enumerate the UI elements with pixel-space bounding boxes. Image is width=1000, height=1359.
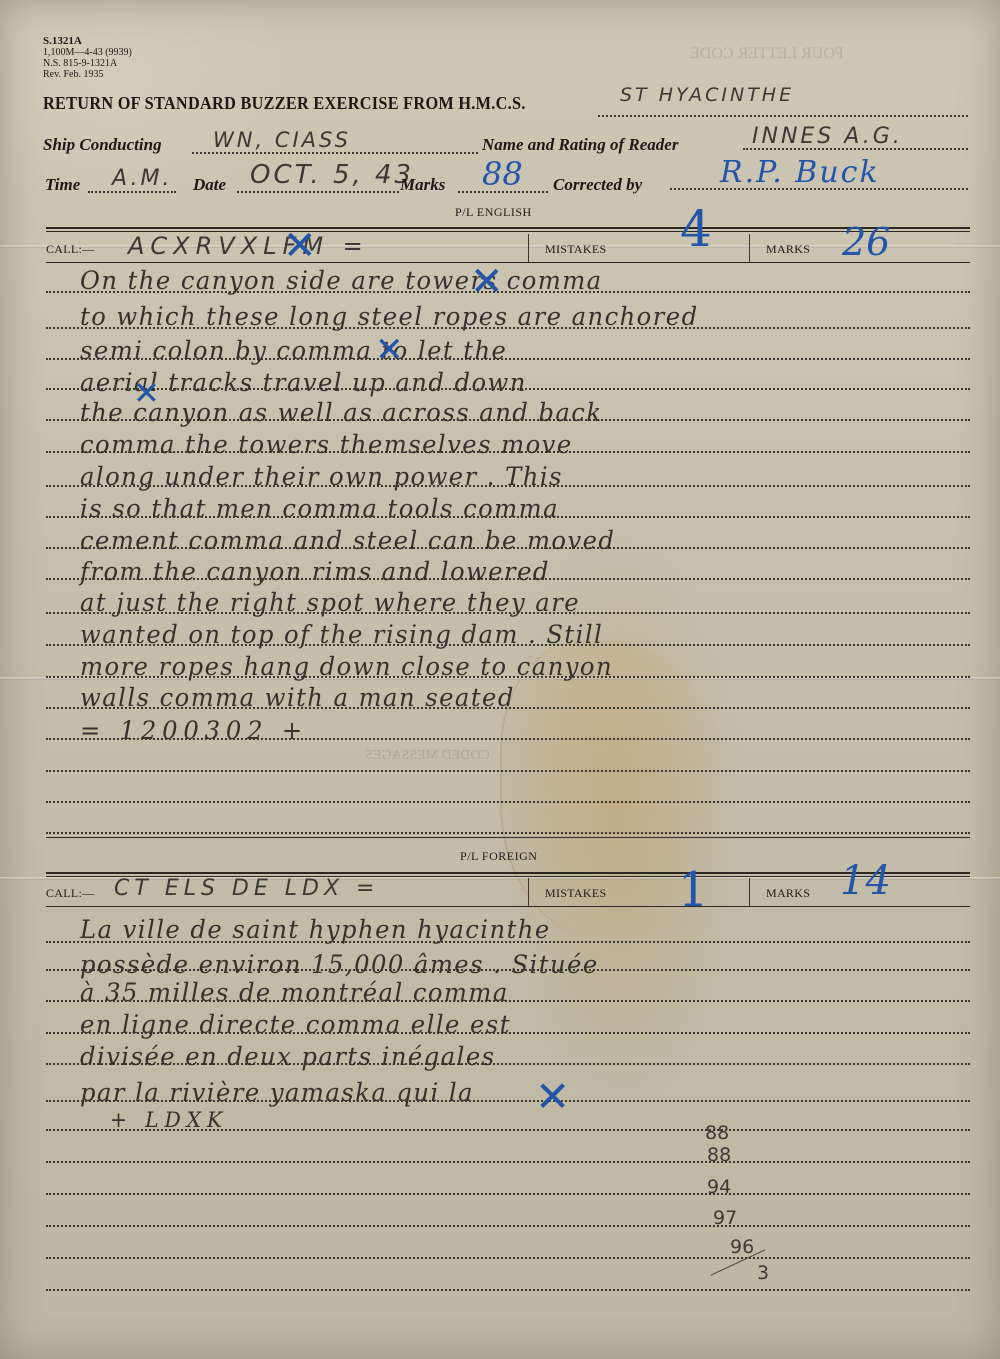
ruled-line <box>46 832 970 834</box>
copy-line: semi colon by comma to let the <box>80 336 507 365</box>
english-marks-label: MARKS <box>766 242 810 257</box>
error-x-mark: ✕ <box>133 373 160 413</box>
copy-line: = 1200302 + <box>80 716 308 745</box>
copy-line: comma the towers themselves move <box>80 430 573 459</box>
ruled-line <box>46 485 970 487</box>
foreign-mistakes-label: MISTAKES <box>545 886 606 901</box>
ruled-line <box>46 1063 970 1065</box>
ruled-line <box>46 1161 970 1163</box>
tally-value: 97 <box>713 1207 737 1229</box>
section-rule <box>46 262 970 263</box>
foreign-mistakes-value: 1 <box>678 862 709 918</box>
ruled-line <box>46 419 970 421</box>
tally-value: 94 <box>707 1176 731 1198</box>
corrected-by-label: Corrected by <box>553 175 642 195</box>
copy-line: La ville de saint hyphen hyacinthe <box>80 915 551 944</box>
form-code: S.1321A <box>43 36 132 47</box>
time-label: Time <box>45 175 80 195</box>
ruled-line <box>46 327 970 329</box>
column-divider <box>528 234 529 262</box>
ship-conducting-value: WN, CIASS <box>213 128 351 152</box>
reader-label: Name and Rating of Reader <box>482 135 678 155</box>
ship-name-value: ST HYACINTHE <box>620 84 794 106</box>
error-x-mark: ✕ <box>470 262 504 302</box>
time-value: A.M. <box>112 166 172 191</box>
ruled-line <box>46 516 970 518</box>
marks-label: Marks <box>400 175 445 195</box>
english-mistakes-label: MISTAKES <box>545 242 606 257</box>
tally-value: 88 <box>707 1144 731 1166</box>
ship-conducting-label: Ship Conducting <box>43 135 162 155</box>
ruled-line <box>46 801 970 803</box>
time-line <box>88 191 176 193</box>
foreign-call-label: CALL:— <box>46 886 94 901</box>
copy-line: cement comma and steel can be moved <box>80 526 615 555</box>
ruled-line <box>46 738 970 740</box>
ruled-line <box>46 358 970 360</box>
ruled-line <box>46 1257 970 1259</box>
foreign-marks-label: MARKS <box>766 886 810 901</box>
english-call-label: CALL:— <box>46 242 94 257</box>
ruled-line <box>46 1000 970 1002</box>
column-divider <box>528 878 529 906</box>
date-line <box>237 191 399 193</box>
ruled-line <box>46 1129 970 1131</box>
copy-line: possède environ 15,000 âmes . Située <box>80 950 599 979</box>
copy-line: from the canyon rims and lowered <box>80 557 550 586</box>
revision: Rev. Feb. 1935 <box>43 69 132 80</box>
corrected-by-value: R.P. Buck <box>720 155 880 190</box>
ruled-line <box>46 578 970 580</box>
column-divider <box>749 234 750 262</box>
ruled-line <box>46 770 970 772</box>
marks-value: 88 <box>482 155 523 193</box>
tally-value: 88 <box>705 1122 729 1144</box>
reader-value: INNES A.G. <box>752 124 903 149</box>
ruled-line <box>46 1193 970 1195</box>
ruled-line <box>46 451 970 453</box>
error-x-mark: ✕ <box>375 330 404 370</box>
ship-name-line <box>598 115 968 117</box>
error-x-mark: ✕ <box>283 226 317 266</box>
copy-line: à 35 milles de montréal comma <box>80 978 509 1007</box>
ruled-line <box>46 644 970 646</box>
document-page: FOUR LETTER CODE CODED MESSAGES S.1321A … <box>0 0 1000 1359</box>
ghost-text: FOUR LETTER CODE <box>690 45 844 63</box>
form-code-block: S.1321A 1,100M—4-43 (9939) N.S. 815-9-13… <box>43 36 132 80</box>
copy-line: divisée en deux parts inégales <box>80 1042 496 1071</box>
foreign-marks-value: 14 <box>840 858 891 904</box>
ruled-line <box>46 1032 970 1034</box>
ruled-line <box>46 941 970 943</box>
print-info: 1,100M—4-43 (9939) <box>43 47 132 58</box>
ghost-text: CODED MESSAGES <box>365 748 490 764</box>
english-mistakes-value: 4 <box>680 200 712 258</box>
ns-number: N.S. 815-9-1321A <box>43 58 132 69</box>
ruled-line <box>46 547 970 549</box>
foreign-call-value: CT ELS DE LDX = <box>114 876 379 901</box>
copy-line: par la rivière yamaska qui la <box>80 1078 474 1107</box>
tally-value: 3 <box>757 1262 769 1284</box>
date-value: OCT. 5, 43 <box>250 160 414 190</box>
ruled-line <box>46 676 970 678</box>
ruled-line <box>46 707 970 709</box>
section-rule <box>46 837 970 838</box>
section-rule <box>46 872 970 874</box>
section-rule <box>46 906 970 907</box>
copy-line: is so that men comma tools comma <box>80 494 559 523</box>
ruled-line <box>46 969 970 971</box>
date-label: Date <box>193 175 226 195</box>
ruled-line <box>46 388 970 390</box>
foreign-section-title: P/L FOREIGN <box>460 849 537 864</box>
ruled-line <box>46 291 970 293</box>
ruled-line <box>46 1100 970 1102</box>
section-rule <box>46 227 970 229</box>
english-marks-value: 26 <box>842 220 890 264</box>
form-title: RETURN OF STANDARD BUZZER EXERCISE FROM … <box>43 93 526 114</box>
column-divider <box>749 878 750 906</box>
ship-conducting-line <box>192 152 478 154</box>
ruled-line <box>46 1289 970 1291</box>
copy-line: en ligne directe comma elle est <box>80 1010 511 1039</box>
ruled-line <box>46 1225 970 1227</box>
english-section-title: P/L ENGLISH <box>455 205 532 220</box>
error-x-mark: ✕ <box>535 1077 570 1117</box>
english-call-value: ACXRVXLFM = <box>128 232 369 260</box>
ruled-line <box>46 612 970 614</box>
